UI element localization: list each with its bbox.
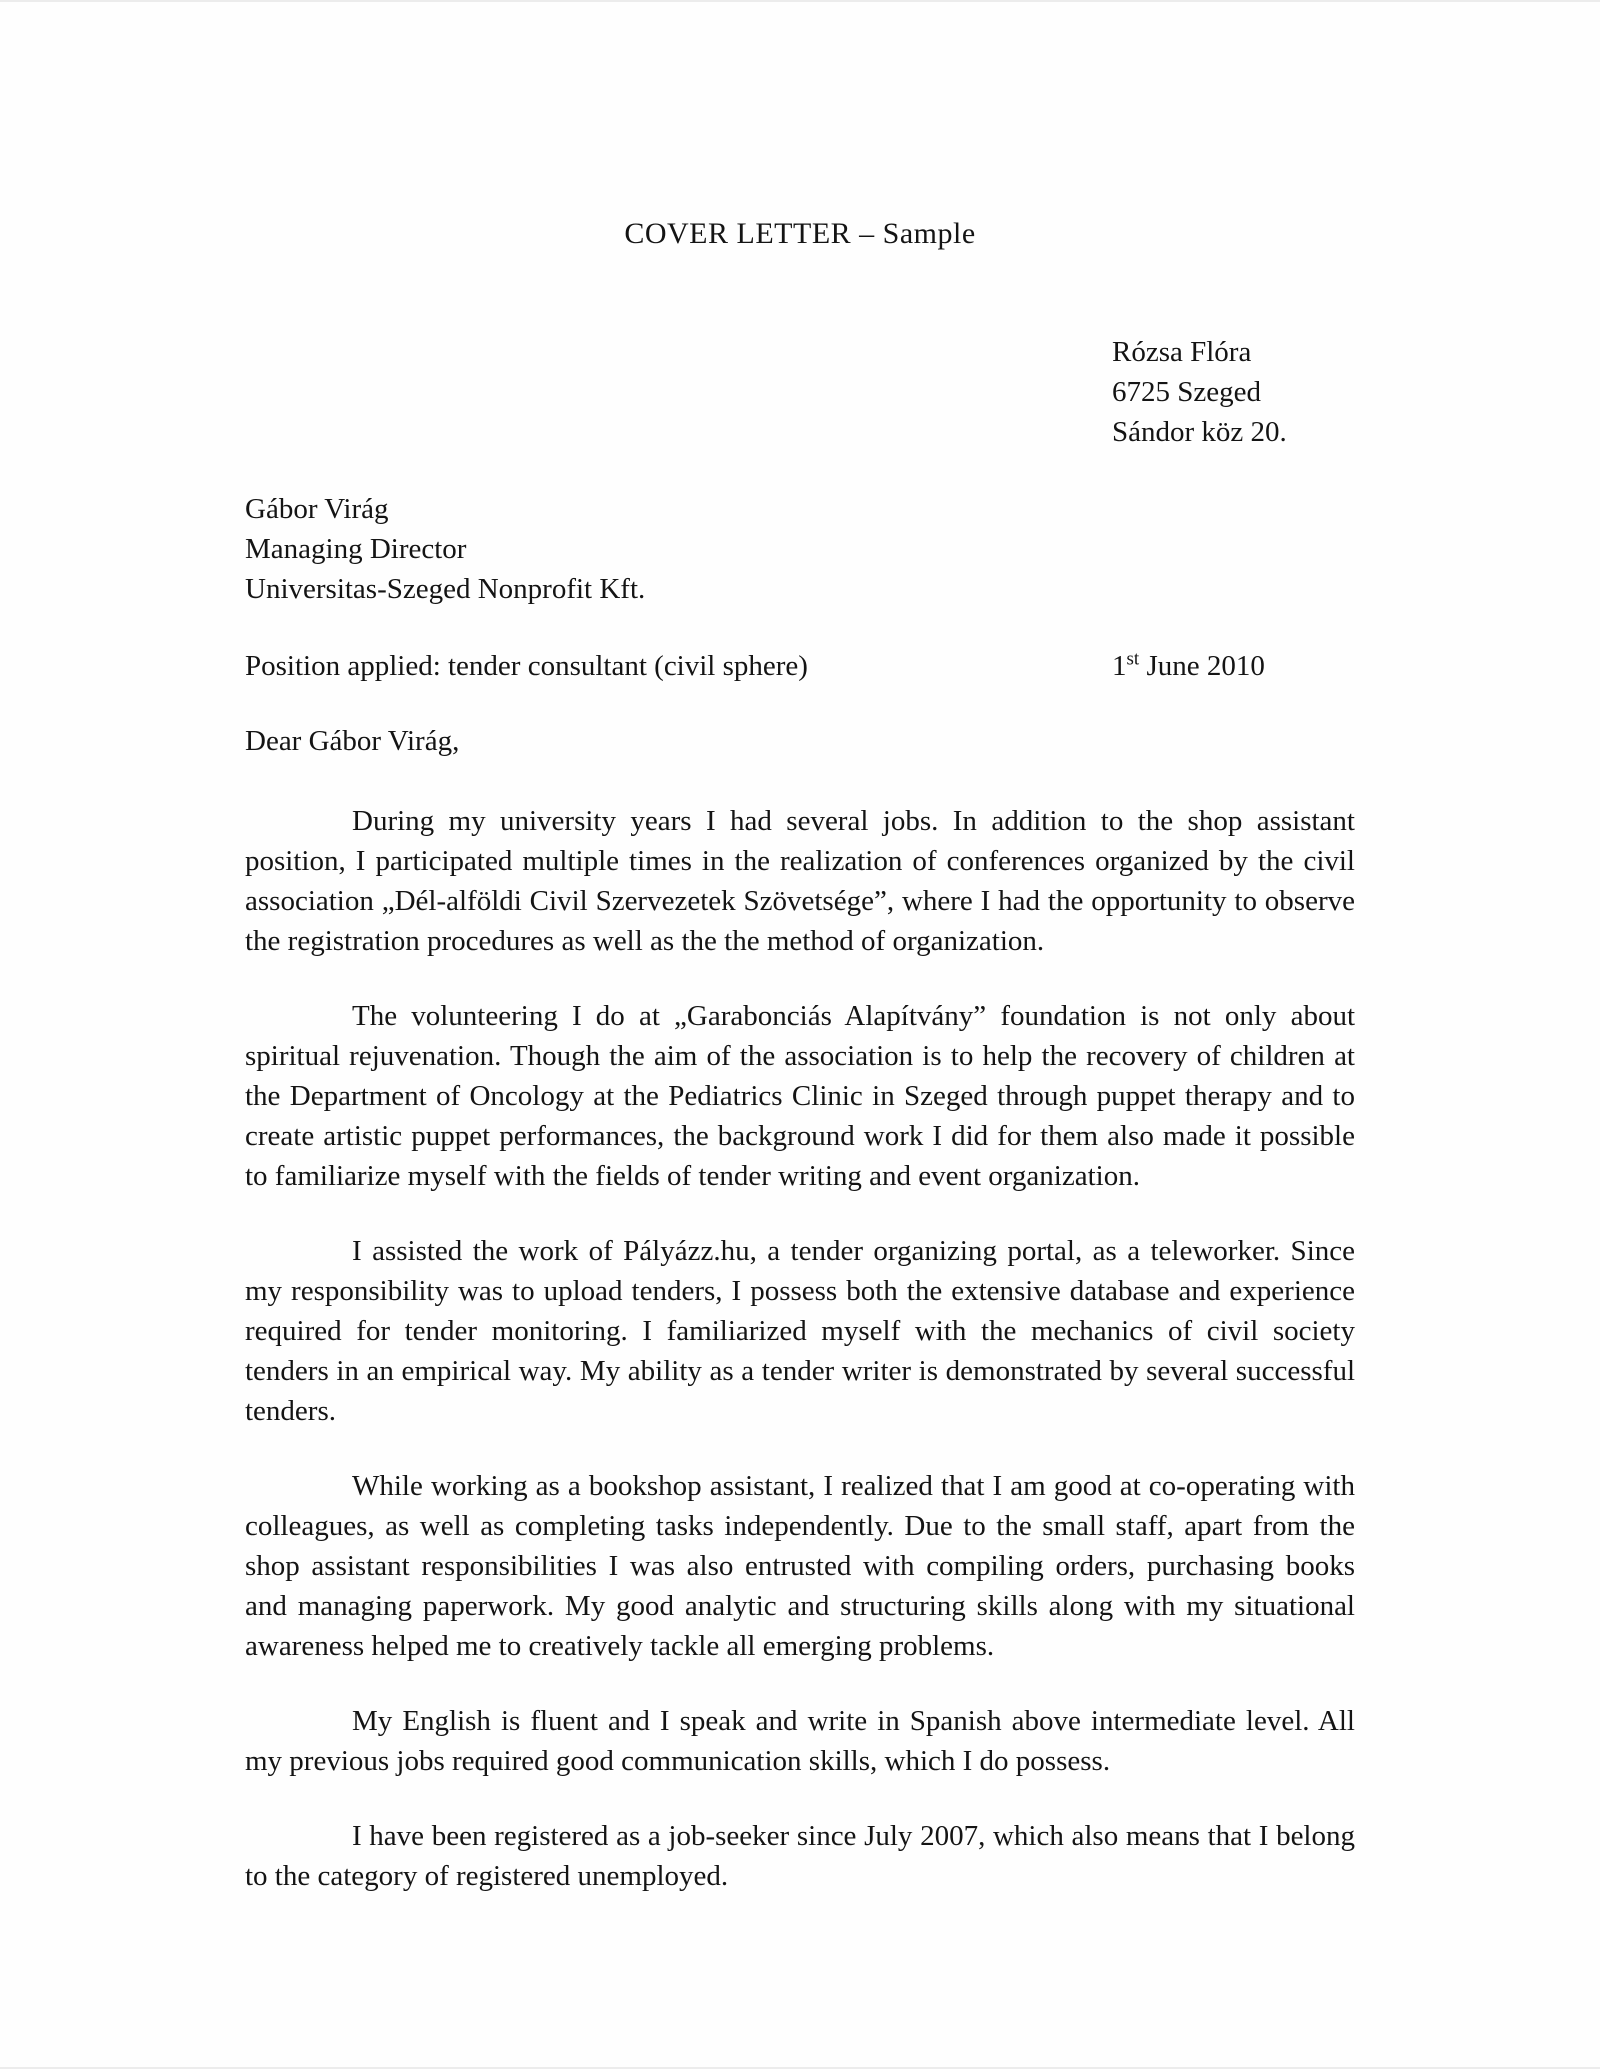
document-title: COVER LETTER – Sample: [245, 214, 1355, 254]
cover-letter-page: COVER LETTER – Sample Rózsa Flóra 6725 S…: [0, 0, 1600, 2069]
letter-content: COVER LETTER – Sample Rózsa Flóra 6725 S…: [0, 2, 1600, 1896]
position-date-row: Position applied: tender consultant (civ…: [245, 646, 1355, 686]
recipient-company: Universitas-Szeged Nonprofit Kft.: [245, 569, 1355, 609]
paragraph-bookshop-assistant: While working as a bookshop assistant, I…: [245, 1466, 1355, 1666]
salutation: Dear Gábor Virág,: [245, 721, 1355, 761]
letter-date-ordinal: st: [1127, 648, 1140, 669]
paragraph-volunteering: The volunteering I do at „Garabonciás Al…: [245, 996, 1355, 1196]
recipient-address-block: Gábor Virág Managing Director Universita…: [245, 489, 1355, 609]
sender-address-block: Rózsa Flóra 6725 Szeged Sándor köz 20.: [1112, 332, 1355, 452]
letter-date-day: 1: [1112, 650, 1127, 682]
position-applied-line: Position applied: tender consultant (civ…: [245, 650, 808, 682]
letter-date-month-year: June 2010: [1139, 650, 1265, 682]
paragraph-job-seeker: I have been registered as a job-seeker s…: [245, 1816, 1355, 1896]
paragraph-university-jobs: During my university years I had several…: [245, 801, 1355, 961]
recipient-job-title: Managing Director: [245, 529, 1355, 569]
letter-date: 1st June 2010: [1112, 646, 1265, 686]
sender-postal-city: 6725 Szeged: [1112, 372, 1355, 412]
sender-street: Sándor köz 20.: [1112, 412, 1355, 452]
recipient-name: Gábor Virág: [245, 489, 1355, 529]
paragraph-languages: My English is fluent and I speak and wri…: [245, 1701, 1355, 1781]
sender-name: Rózsa Flóra: [1112, 332, 1355, 372]
paragraph-palyazz-teleworker: I assisted the work of Pályázz.hu, a ten…: [245, 1231, 1355, 1431]
